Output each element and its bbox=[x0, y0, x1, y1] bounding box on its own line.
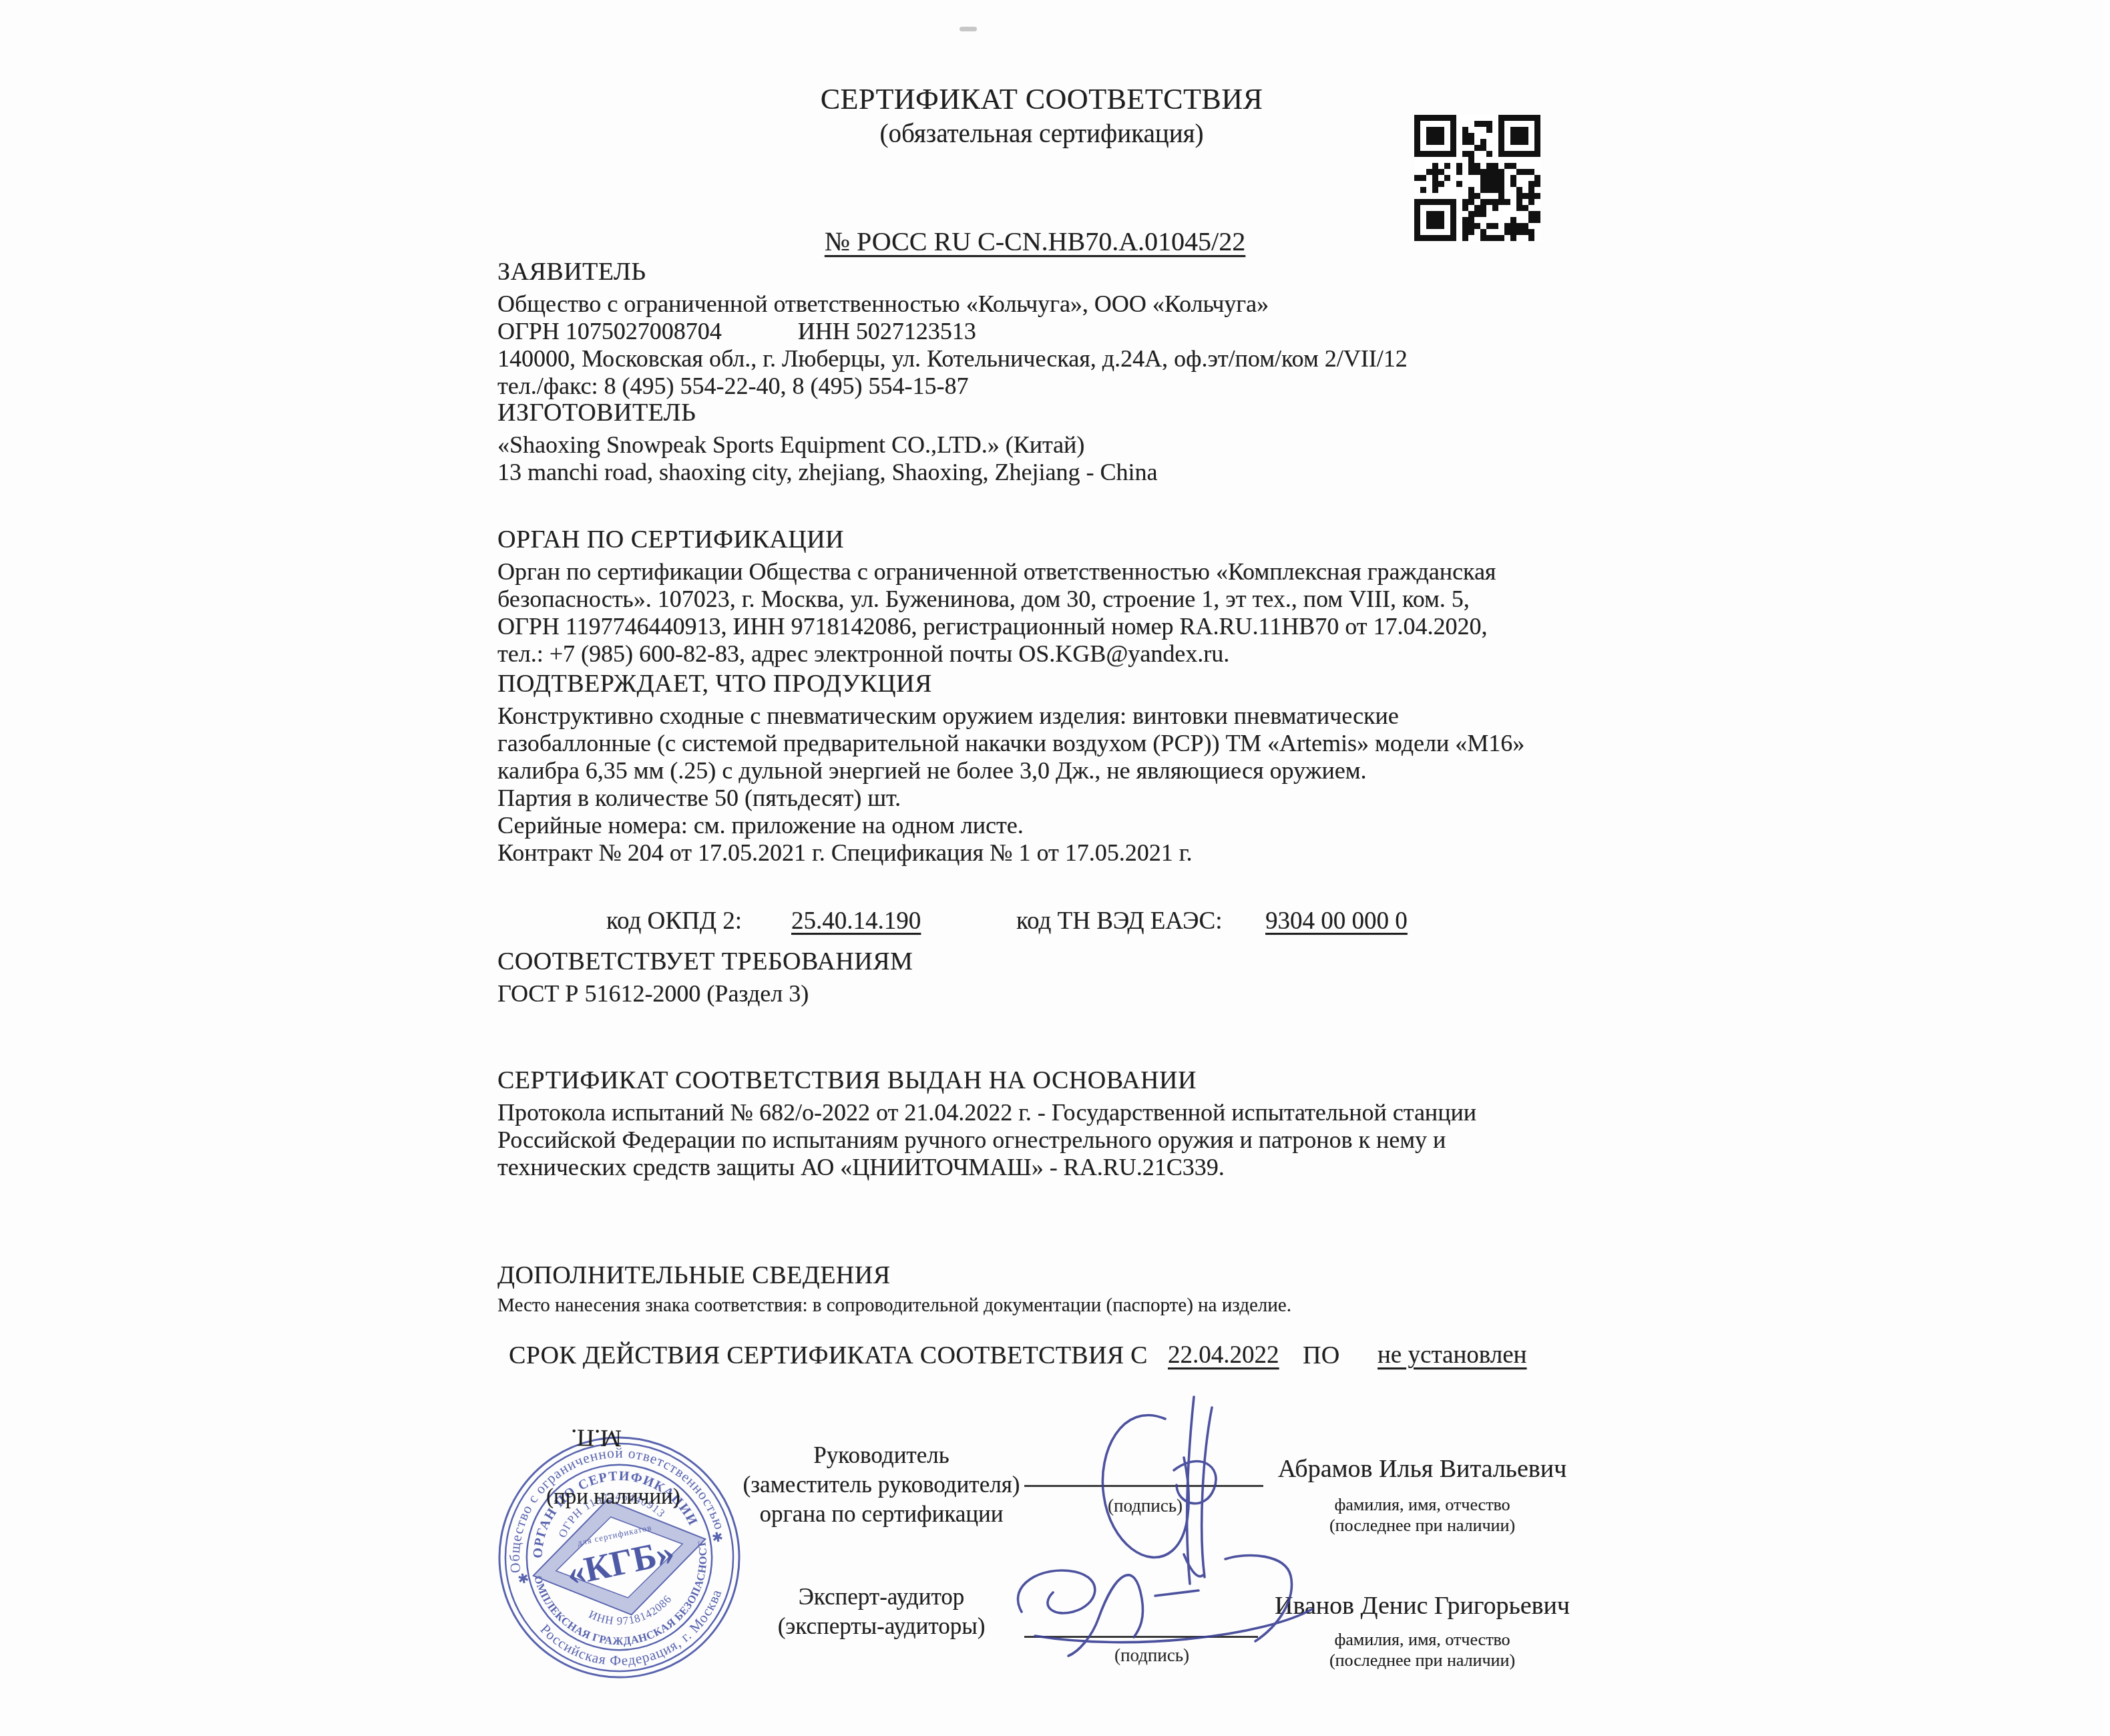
head-role-line: Руководитель bbox=[731, 1441, 1032, 1470]
basis-section: СЕРТИФИКАТ СООТВЕТСТВИЯ ВЫДАН НА ОСНОВАН… bbox=[497, 1066, 1606, 1181]
head-name-caption-line: фамилия, имя, отчество bbox=[1255, 1494, 1589, 1515]
tnved-label: код ТН ВЭД ЕАЭС: bbox=[1016, 907, 1222, 935]
certification-body-heading: ОРГАН ПО СЕРТИФИКАЦИИ bbox=[497, 525, 1606, 554]
applicant-company: Общество с ограниченной ответственностью… bbox=[497, 290, 1606, 318]
applicant-heading: ЗАЯВИТЕЛЬ bbox=[497, 257, 1606, 286]
manufacturer-section: ИЗГОТОВИТЕЛЬ «Shaoxing Snowpeak Sports E… bbox=[497, 398, 1606, 486]
head-name: Абрамов Илья Витальевич bbox=[1255, 1454, 1589, 1484]
product-contract: Контракт № 204 от 17.05.2021 г. Специфик… bbox=[497, 839, 1606, 867]
requirements-value: ГОСТ Р 51612-2000 (Раздел 3) bbox=[497, 980, 1606, 1008]
certification-body-line: безопасность». 107023, г. Москва, ул. Бу… bbox=[497, 586, 1606, 613]
head-name-caption-line: (последнее при наличии) bbox=[1255, 1515, 1589, 1536]
certification-body-section: ОРГАН ПО СЕРТИФИКАЦИИ Орган по сертифика… bbox=[497, 525, 1606, 668]
page-title: СЕРТИФИКАТ СООТВЕТСТВИЯ bbox=[741, 82, 1342, 116]
codes-row: код ОКПД 2: 25.40.14.190 код ТН ВЭД ЕАЭС… bbox=[0, 907, 2110, 947]
requirements-section: СООТВЕТСТВУЕТ ТРЕБОВАНИЯМ ГОСТ Р 51612-2… bbox=[497, 947, 1606, 1008]
page-subtitle: (обязательная сертификация) bbox=[741, 119, 1342, 149]
basis-heading: СЕРТИФИКАТ СООТВЕТСТВИЯ ВЫДАН НА ОСНОВАН… bbox=[497, 1066, 1606, 1095]
applicant-ogrn: ОГРН 1075027008704 bbox=[497, 318, 722, 345]
head-role: Руководитель (заместитель руководителя) … bbox=[731, 1441, 1032, 1529]
basis-line: технических средств защиты АО «ЦНИИТОЧМА… bbox=[497, 1154, 1606, 1181]
certification-body-line: тел.: +7 (985) 600-82-83, адрес электрон… bbox=[497, 640, 1606, 668]
tnved-value: 9304 00 000 0 bbox=[1265, 907, 1408, 935]
product-description-line: газобаллонные (с системой предварительно… bbox=[497, 730, 1606, 757]
product-batch: Партия в количестве 50 (пятьдесят) шт. bbox=[497, 785, 1606, 812]
expert-role-line: (эксперты-аудиторы) bbox=[731, 1612, 1032, 1641]
product-serials: Серийные номера: см. приложение на одном… bbox=[497, 812, 1606, 839]
additional-info-text: Место нанесения знака соответствия: в со… bbox=[497, 1294, 1606, 1317]
expert-role: Эксперт-аудитор (эксперты-аудиторы) bbox=[731, 1582, 1032, 1641]
mp-mark: М.П. bbox=[571, 1424, 622, 1452]
mp-note: (при наличии) bbox=[546, 1485, 680, 1510]
certificate-number: № РОСС RU C-CN.НВ70.А.01045/22 bbox=[734, 226, 1335, 257]
qr-code bbox=[1414, 115, 1540, 241]
okpd-value: 25.40.14.190 bbox=[791, 907, 921, 935]
certification-body-line: Орган по сертификации Общества с огранич… bbox=[497, 558, 1606, 586]
additional-info-section: ДОПОЛНИТЕЛЬНЫЕ СВЕДЕНИЯ Место нанесения … bbox=[497, 1261, 1606, 1317]
basis-line: Протокола испытаний № 682/о-2022 от 21.0… bbox=[497, 1099, 1606, 1126]
expert-signature bbox=[998, 1537, 1319, 1661]
okpd-label: код ОКПД 2: bbox=[606, 907, 742, 935]
certificate-page: СЕРТИФИКАТ СООТВЕТСТВИЯ (обязательная се… bbox=[0, 0, 2110, 1736]
certification-body-line: ОГРН 1197746440913, ИНН 9718142086, реги… bbox=[497, 613, 1606, 640]
head-role-line: (заместитель руководителя) bbox=[731, 1470, 1032, 1500]
applicant-ids: ОГРН 1075027008704 ИНН 5027123513 bbox=[497, 318, 1606, 345]
product-description-line: Конструктивно сходные с пневматическим о… bbox=[497, 702, 1606, 730]
validity-date-to: не установлен bbox=[1378, 1341, 1526, 1369]
manufacturer-heading: ИЗГОТОВИТЕЛЬ bbox=[497, 398, 1606, 427]
scan-artifact bbox=[960, 27, 977, 31]
head-name-captions: фамилия, имя, отчество (последнее при на… bbox=[1255, 1494, 1589, 1536]
validity-label-to: ПО bbox=[1303, 1341, 1340, 1370]
validity-label-from: СРОК ДЕЙСТВИЯ СЕРТИФИКАТА СООТВЕТСТВИЯ С bbox=[509, 1341, 1148, 1370]
applicant-inn: ИНН 5027123513 bbox=[798, 318, 976, 345]
head-role-line: органа по сертификации bbox=[731, 1500, 1032, 1529]
manufacturer-address: 13 manchi road, shaoxing city, zhejiang,… bbox=[497, 459, 1606, 486]
manufacturer-name: «Shaoxing Snowpeak Sports Equipment CO.,… bbox=[497, 431, 1606, 459]
product-heading: ПОДТВЕРЖДАЕТ, ЧТО ПРОДУКЦИЯ bbox=[497, 669, 1606, 698]
requirements-heading: СООТВЕТСТВУЕТ ТРЕБОВАНИЯМ bbox=[497, 947, 1606, 976]
expert-role-line: Эксперт-аудитор bbox=[731, 1582, 1032, 1612]
applicant-section: ЗАЯВИТЕЛЬ Общество с ограниченной ответс… bbox=[497, 257, 1606, 400]
validity-date-from: 22.04.2022 bbox=[1168, 1341, 1279, 1369]
product-section: ПОДТВЕРЖДАЕТ, ЧТО ПРОДУКЦИЯ Конструктивн… bbox=[497, 669, 1606, 867]
basis-line: Российской Федерации по испытаниям ручно… bbox=[497, 1126, 1606, 1154]
applicant-address: 140000, Московская обл., г. Люберцы, ул.… bbox=[497, 345, 1606, 373]
validity-row: СРОК ДЕЙСТВИЯ СЕРТИФИКАТА СООТВЕТСТВИЯ С… bbox=[0, 1341, 2110, 1387]
applicant-phone: тел./факс: 8 (495) 554-22-40, 8 (495) 55… bbox=[497, 373, 1606, 400]
additional-info-heading: ДОПОЛНИТЕЛЬНЫЕ СВЕДЕНИЯ bbox=[497, 1261, 1606, 1290]
product-description-line: калибра 6,35 мм (.25) с дульной энергией… bbox=[497, 757, 1606, 785]
stamp-star-right: ✱ bbox=[710, 1530, 724, 1546]
